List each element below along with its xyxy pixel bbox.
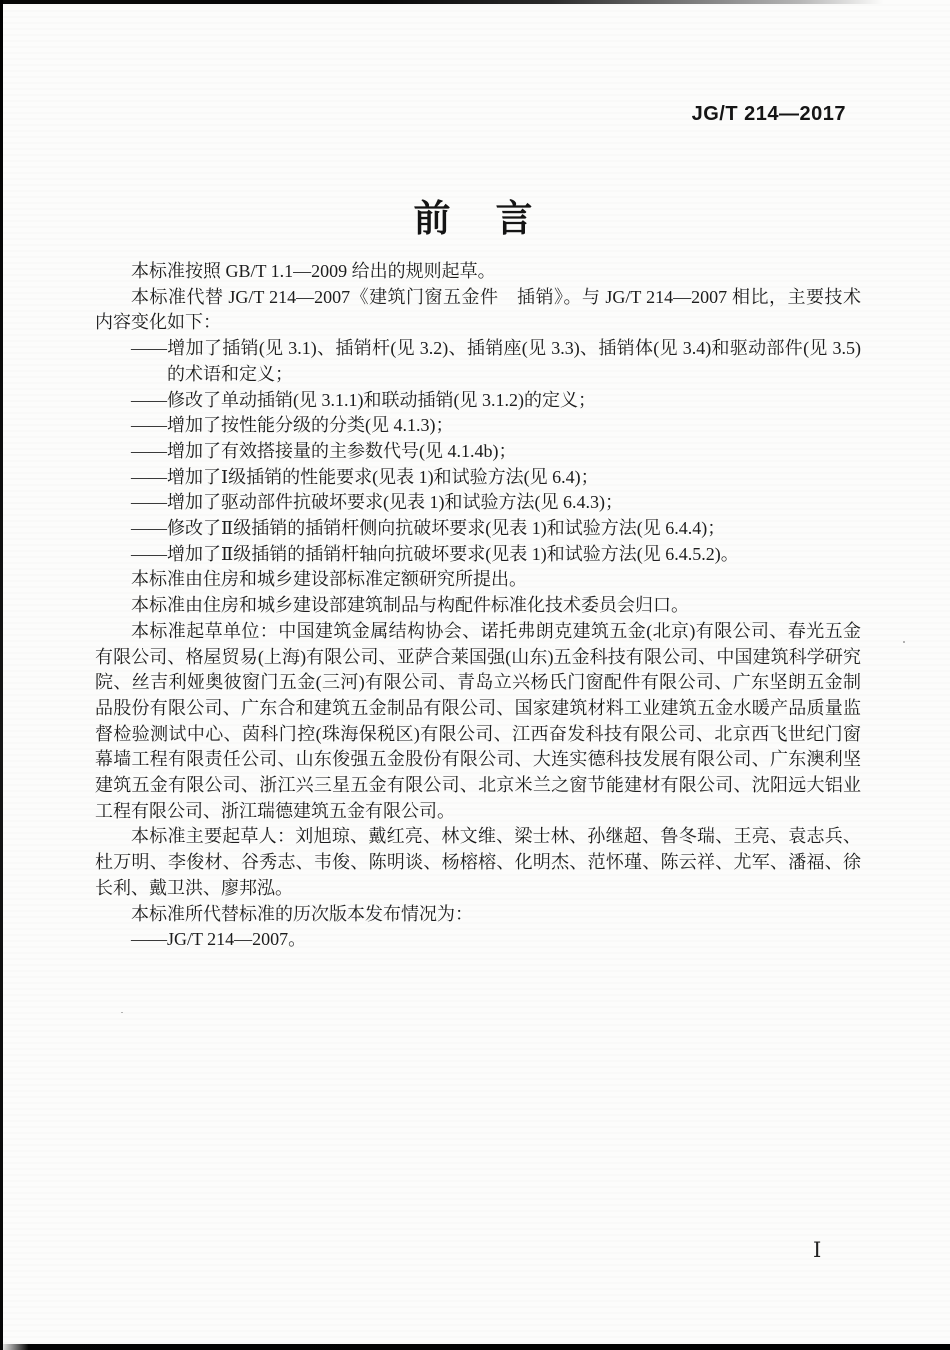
scan-edge-top bbox=[0, 0, 950, 4]
page-title: 前 言 bbox=[0, 188, 950, 242]
foreword-paragraph: ——修改了单动插销(见 3.1.1)和联动插销(见 3.1.2)的定义； bbox=[95, 388, 861, 414]
foreword-paragraph: ——增加了Ⅰ级插销的性能要求(见表 1)和试验方法(见 6.4)； bbox=[95, 465, 861, 491]
foreword-paragraph: 本标准所代替标准的历次版本发布情况为： bbox=[95, 902, 861, 928]
page-number: Ⅰ bbox=[813, 1238, 821, 1263]
foreword-paragraph: 本标准起草单位：中国建筑金属结构协会、诺托弗朗克建筑五金(北京)有限公司、春光五… bbox=[95, 619, 861, 825]
foreword-paragraph: 本标准代替 JG/T 214—2007《建筑门窗五金件 插销》。与 JG/T 2… bbox=[95, 285, 861, 336]
scan-edge-bottom bbox=[0, 1344, 950, 1350]
foreword-paragraph: 本标准由住房和城乡建设部标准定额研究所提出。 bbox=[95, 567, 861, 593]
foreword-paragraph: ——增加了Ⅱ级插销的插销杆轴向抗破坏要求(见表 1)和试验方法(见 6.4.5.… bbox=[95, 542, 861, 568]
scan-speck bbox=[903, 641, 905, 643]
scanned-document-page: JG/T 214—2017 前 言 本标准按照 GB/T 1.1—2009 给出… bbox=[0, 0, 950, 1350]
foreword-paragraph: ——增加了插销(见 3.1)、插销杆(见 3.2)、插销座(见 3.3)、插销体… bbox=[95, 336, 861, 387]
foreword-paragraph: ——增加了按性能分级的分类(见 4.1.3)； bbox=[95, 413, 861, 439]
foreword-paragraph: ——增加了有效搭接量的主参数代号(见 4.1.4b)； bbox=[95, 439, 861, 465]
foreword-paragraph: ——增加了驱动部件抗破坏要求(见表 1)和试验方法(见 6.4.3)； bbox=[95, 490, 861, 516]
scan-speck bbox=[121, 1012, 123, 1013]
foreword-paragraph: ——修改了Ⅱ级插销的插销杆侧向抗破坏要求(见表 1)和试验方法(见 6.4.4)… bbox=[95, 516, 861, 542]
foreword-paragraph: 本标准主要起草人：刘旭琼、戴红亮、林文维、梁士林、孙继超、鲁冬瑞、王亮、袁志兵、… bbox=[95, 824, 861, 901]
standard-code-header: JG/T 214—2017 bbox=[692, 103, 846, 126]
foreword-body: 本标准按照 GB/T 1.1—2009 给出的规则起草。本标准代替 JG/T 2… bbox=[95, 259, 861, 953]
foreword-paragraph: 本标准按照 GB/T 1.1—2009 给出的规则起草。 bbox=[95, 259, 861, 285]
foreword-paragraph: ——JG/T 214—2007。 bbox=[95, 927, 861, 953]
foreword-paragraph: 本标准由住房和城乡建设部建筑制品与构配件标准化技术委员会归口。 bbox=[95, 593, 861, 619]
